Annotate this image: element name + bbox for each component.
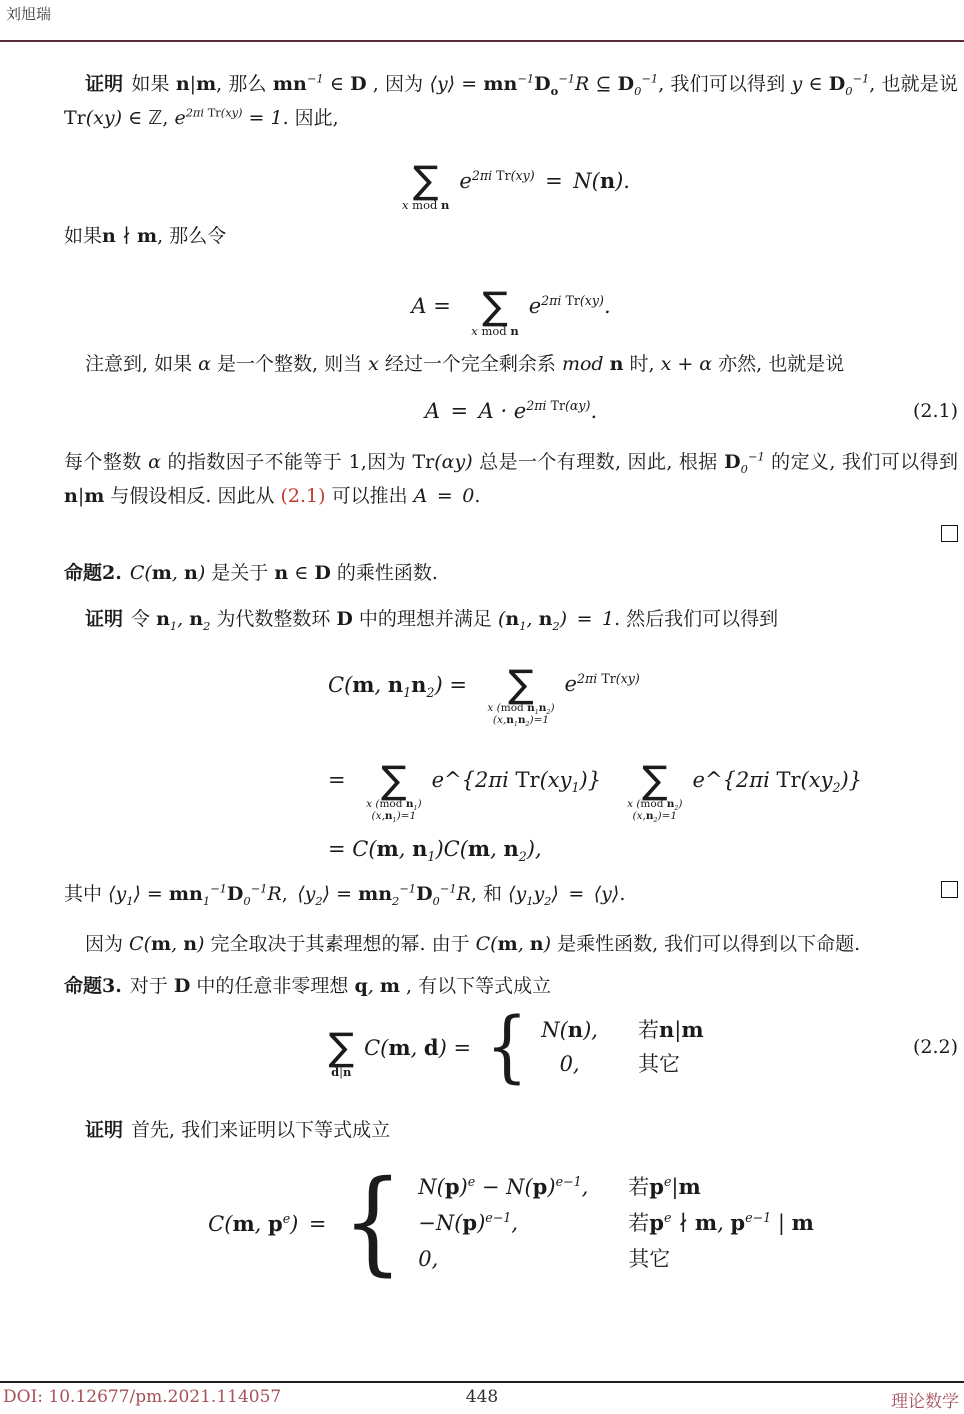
cases-group: { N(p)e − N(p)e−1, 若pe|m −N(p)e−1, 若pe ∤… [337, 1169, 814, 1277]
equation-2-2: ∑ d|n C(m, d) = { N(n), 若n|m 0, 其它 (2.2) [64, 1013, 958, 1081]
sigma-icon: ∑ [381, 762, 407, 798]
paragraph-conclusion-A0: 每个整数 α 的指数因子不能等于 1,因为 Tr(αy) 总是一个有理数, 因此… [64, 445, 958, 513]
footer-page-number: 448 [0, 1387, 964, 1407]
equation-lhs: A = [411, 294, 461, 318]
cases-group: { N(n), 若n|m 0, 其它 [482, 1013, 704, 1081]
equation-body: e^{2πi Tr(xy1)} [432, 768, 601, 792]
equation-number-2-2: (2.2) [913, 1036, 958, 1058]
sum-limits: d|n [331, 1065, 351, 1079]
paragraph-proof-1: 证明如果 n|m, 那么 mn−1 ∈ D , 因为 ⟨y⟩ = mn−1Do−… [64, 67, 958, 135]
equation-body: e2πi Tr(xy) [565, 672, 640, 696]
equation-body: = C(m, n1)C(m, n2), [328, 836, 542, 861]
left-brace: { [342, 1175, 403, 1270]
sum-limits: x mod n [402, 198, 449, 212]
equation-body: e2πi Tr(xy) = N(n). [459, 168, 630, 193]
equals-sign: = [328, 768, 356, 792]
equation-body: e^{2πi Tr(xy2)} [693, 768, 862, 792]
left-brace: { [485, 1014, 527, 1080]
footer-journal-name: 理论数学 [891, 1387, 959, 1412]
header-author: 刘旭瑞 [6, 3, 51, 24]
cases-grid: N(p)e − N(p)e−1, 若pe|m −N(p)e−1, 若pe ∤ m… [418, 1169, 814, 1277]
paragraph-proposition-3: 命题3.对于 D 中的任意非零理想 q, m , 有以下等式成立 [64, 969, 958, 1003]
sigma-icon: ∑ [642, 762, 668, 798]
sum-limits: x mod n [471, 324, 518, 338]
equation-multiplicative-line3: = C(m, n1)C(m, n2), [64, 836, 958, 861]
proposition-2-keyword: 命题2. [64, 562, 122, 584]
paragraph-if-not-divide: 如果n ∤ m, 那么令 [64, 219, 958, 253]
equation-A-definition: A = ∑ x mod n e2πi Tr(xy). [64, 281, 958, 331]
sum-operator: ∑ x mod n [402, 162, 449, 212]
qed-box [941, 525, 958, 542]
paragraph-proposition-2: 命题2.C(m, n) 是关于 n ∈ D 的乘性函数. [64, 556, 958, 590]
footer-rule [0, 1381, 964, 1383]
page: 刘旭瑞 证明如果 n|m, 那么 mn−1 ∈ D , 因为 ⟨y⟩ = mn−… [0, 0, 964, 1414]
equation-lhs: C(m, d) = [364, 1035, 482, 1060]
paragraph-proof-3: 证明首先, 我们来证明以下等式成立 [64, 1113, 958, 1147]
sum-operator: ∑ x (mod n1) (x,n1)=1 [366, 762, 421, 822]
equation-multiplicative-line2: = ∑ x (mod n1) (x,n1)=1 e^{2πi Tr(xy1)} … [64, 750, 958, 810]
proposition-3-keyword: 命题3. [64, 975, 122, 997]
equation-lhs: C(m, pe) = [208, 1211, 337, 1236]
equation-body: A = A · e2πi Tr(αy). [425, 399, 597, 423]
proof-keyword: 证明 [85, 73, 123, 95]
sigma-icon: ∑ [413, 162, 439, 198]
qed-box [941, 881, 958, 898]
cases-grid: N(n), 若n|m 0, 其它 [541, 1013, 703, 1081]
equation-number-2-1: (2.1) [913, 400, 958, 422]
proof-keyword: 证明 [85, 1119, 123, 1141]
sigma-icon: ∑ [328, 1029, 354, 1065]
proof-keyword: 证明 [85, 608, 123, 630]
sum-operator: ∑ x (mod n2) (x,n2)=1 [627, 762, 682, 822]
equation-multiplicative-line1: C(m, n1n2) = ∑ x (mod n1n2) (x,n1n2)=1 e… [64, 654, 958, 714]
equation-2-1: A = A · e2πi Tr(αy). (2.1) [64, 399, 958, 423]
sum-limits: x (mod n2) (x,n2)=1 [627, 798, 682, 822]
equation-prime-power-cases: C(m, pe) = { N(p)e − N(p)e−1, 若pe|m −N(p… [64, 1169, 958, 1277]
sum-operator: ∑ d|n [328, 1029, 354, 1079]
paragraph-note: 注意到, 如果 α 是一个整数, 则当 x 经过一个完全剩余系 mod n 时,… [64, 347, 958, 381]
sum-operator: ∑ x (mod n1n2) (x,n1n2)=1 [487, 666, 554, 726]
sum-operator: ∑ x mod n [471, 288, 518, 338]
proof-1-text: 如果 n|m, 那么 mn−1 ∈ D , 因为 ⟨y⟩ = mn−1Do−1R… [64, 73, 958, 129]
equation-sum-norm: ∑ x mod n e2πi Tr(xy) = N(n). [64, 155, 958, 205]
footer: DOI: 10.12677/pm.2021.114057 448 理论数学 [0, 1387, 964, 1413]
content: 证明如果 n|m, 那么 mn−1 ∈ D , 因为 ⟨y⟩ = mn−1Do−… [64, 41, 958, 1277]
sigma-icon: ∑ [482, 288, 508, 324]
equation-ref-2-1[interactable]: (2.1) [281, 485, 326, 507]
paragraph-where: 其中 ⟨y1⟩ = mn1−1D0−1R, ⟨y2⟩ = mn2−1D0−1R,… [64, 877, 958, 911]
sigma-icon: ∑ [508, 666, 534, 702]
paragraph-proof-2: 证明令 n1, n2 为代数整数环 D 中的理想并满足 (n1, n2) = 1… [64, 602, 958, 636]
equation-lhs: C(m, n1n2) = [328, 672, 477, 697]
equation-body: e2πi Tr(xy). [529, 294, 611, 318]
qed-line [64, 525, 958, 542]
sum-limits: x (mod n1) (x,n1)=1 [366, 798, 421, 822]
paragraph-because: 因为 C(m, n) 完全取决于其素理想的幂. 由于 C(m, n) 是乘性函数… [64, 927, 958, 961]
sum-limits: x (mod n1n2) (x,n1n2)=1 [487, 702, 554, 726]
